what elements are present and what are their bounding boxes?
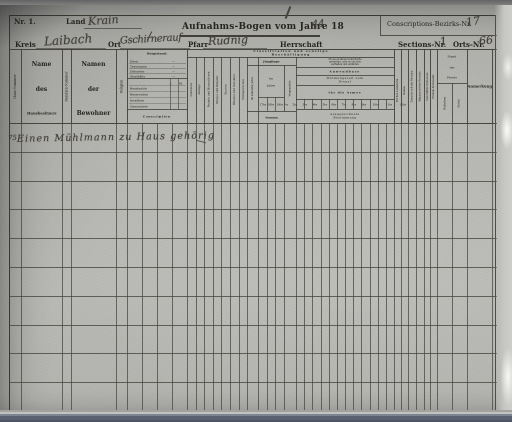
middle-bottom-band: ausgezeichnete Bestimmung <box>296 109 394 123</box>
column-summa: Summa <box>401 57 408 123</box>
religion-label: Religion <box>120 79 124 93</box>
column-abgang: Abgang seit der Revision <box>416 51 424 121</box>
bewohner-line1: Namen <box>82 61 106 68</box>
column-beamte: Beamte und Honoratioren <box>204 58 213 121</box>
kreis-label: Kreis <box>15 40 36 49</box>
column-religion: Religion <box>116 51 127 121</box>
familien-nummer-label: Familien-Nummer <box>65 71 69 101</box>
haus-nummer-label: Haus-Nummer <box>13 74 17 99</box>
column-fremde: Fremde Anwesende <box>430 51 437 121</box>
beigestand-footer: Conscription <box>127 111 187 122</box>
column-bewohner: Namen der Bewohner <box>71 61 116 117</box>
herrschaft-label: Herrschaft <box>280 40 323 49</box>
middle-armee: für die Armee <box>296 85 394 99</box>
middle-anwendbare: Anwendbare <box>296 67 394 75</box>
form-title: Aufnahms-Bogen vom Jahre 18 <box>182 22 312 32</box>
column-stuten: Stuten <box>452 83 467 123</box>
sheet-number: Nr. 1. <box>14 17 36 26</box>
hausbesitzer-line2: des <box>36 86 47 93</box>
orts-value-handwritten: 66 <box>478 33 493 47</box>
column-familien-nummer: Familien-Nummer <box>62 51 71 121</box>
middle-widmung: Widmungszeit zum Dienst <box>296 75 394 85</box>
column-zuwachs: Zuwachs seit der Revision <box>408 51 416 121</box>
column-anmerkung: Anmerkung <box>467 79 492 93</box>
classification-header: Classification und sonstige Beschäftigun… <box>188 50 394 57</box>
scanned-document: Nr. 1. Land Krain Conscriptions-Bezirks-… <box>0 0 512 422</box>
bewohner-line3: Bewohner <box>77 110 111 117</box>
column-wallachen: Wallachen <box>437 83 452 123</box>
beigestand-subcol-m: M. <box>179 80 187 87</box>
paper-stack-edge <box>0 410 512 422</box>
column-landsturm: Für den Landsturm <box>394 57 401 123</box>
margin-mark-handwritten: 75 <box>8 134 17 142</box>
column-bauern: Bauern <box>221 58 230 121</box>
bewohner-line2: der <box>88 86 99 93</box>
hausbesitzer-line1: Name <box>32 61 52 68</box>
conscription-district-value: 17 <box>465 14 481 29</box>
middle-top-note: Ob sie an ihrem Geburtsorte anwesend, od… <box>297 58 393 67</box>
land-label: Land <box>66 17 85 26</box>
column-haus-nummer: Haus-Nummer <box>9 51 21 121</box>
title-year-handwritten: 44 <box>311 18 325 30</box>
column-hausbesitzer: Name des Hausbesitzers <box>21 61 62 117</box>
juenglinge-footer: Summa <box>247 111 296 123</box>
column-geistliche: Geistliche <box>187 58 196 121</box>
juenglinge-left-column: Im laufenden Jahre <box>247 65 258 111</box>
column-weibspersonen: Weibspersonen <box>239 58 248 121</box>
juenglinge-center: Im Jahre <box>258 69 284 95</box>
pfarr-value-handwritten: Rudnig <box>208 33 249 48</box>
column-adelige: Adelige <box>196 58 205 121</box>
conscription-district-label: Conscriptions-Bezirks-Nr. <box>387 20 472 28</box>
juenglinge-header: Jünglinge <box>247 57 296 65</box>
beigestand-title: Beigestand: <box>127 50 187 57</box>
juenglinge-age-18: 18te <box>267 98 276 110</box>
paper-sheet: Nr. 1. Land Krain Conscriptions-Bezirks-… <box>0 5 512 410</box>
juenglinge-age-17: 17te <box>258 98 267 110</box>
land-value-handwritten: Krain <box>88 13 119 28</box>
pferde-title: Stand der Pferde <box>437 53 467 81</box>
column-haeusler: Häusler und Inwohner <box>230 58 239 121</box>
column-buerger: Bürger und Künstler <box>213 58 222 121</box>
hausbesitzer-line3: Hausbesitzers <box>27 111 56 115</box>
